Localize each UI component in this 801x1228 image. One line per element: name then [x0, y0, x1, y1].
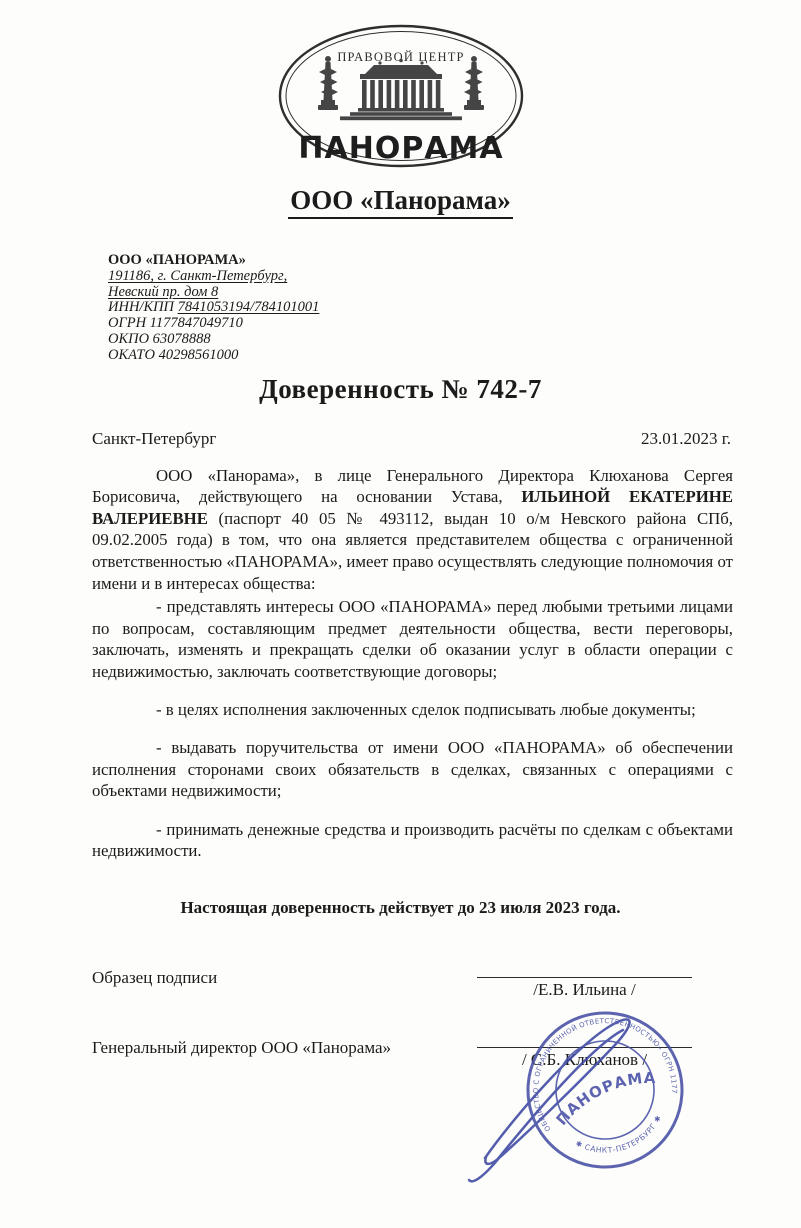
company-okato: ОКАТО 40298561000: [108, 348, 801, 364]
company-inn-kpp: ИНН/КПП 7841053194/784101001: [108, 300, 801, 316]
company-details: ООО «ПАНОРАМА» 191186, г. Санкт-Петербур…: [108, 253, 801, 364]
director-signature-block: / С.Б. Клюханов /: [477, 1026, 692, 1070]
director-signature-name: / С.Б. Клюханов /: [477, 1050, 692, 1070]
sample-signature-label: Образец подписи: [92, 956, 217, 988]
company-address-line1: 191186, г. Санкт-Петербург,: [108, 269, 801, 285]
sample-signature-name: /Е.В. Ильина /: [477, 980, 692, 1000]
intro-paragraph: ООО «Панорама», в лице Генерального Дире…: [0, 465, 801, 595]
stamp-ring-bottom-text: ✱ САНКТ-ПЕТЕРБУРГ ✱: [572, 1112, 669, 1166]
director-signature-row: Генеральный директор ООО «Панорама» / С.…: [0, 1026, 801, 1070]
sample-signature-row: Образец подписи /Е.В. Ильина /: [0, 956, 801, 1000]
rostral-column-right-icon: [464, 56, 484, 110]
doc-city: Санкт-Петербург: [92, 429, 216, 449]
inn-label: ИНН/КПП: [108, 299, 178, 315]
sample-signature-block: /Е.В. Ильина /: [477, 956, 692, 1000]
company-address-line2: Невский пр. дом 8: [108, 285, 801, 301]
doc-title: Доверенность № 742-7: [0, 374, 801, 405]
company-okpo: ОКПО 63078888: [108, 332, 801, 348]
power-item-1: - представлять интересы ООО «ПАНОРАМА» п…: [0, 596, 801, 682]
company-ogrn: ОГРН 1177847049710: [108, 316, 801, 332]
stamp-outer-circle: [508, 995, 702, 1187]
logo-oval-emblem: ПРАВОВОЙ ЦЕНТР: [276, 22, 526, 170]
rostral-column-left-icon: [318, 56, 338, 110]
director-signature-line: [477, 1047, 692, 1048]
document-page: ПРАВОВОЙ ЦЕНТР: [0, 0, 801, 1228]
stamp-center-text: «ПАНОРАМА»: [455, 995, 665, 1162]
exchange-building-icon: [340, 59, 462, 121]
company-heading-text: ООО «Панорама»: [288, 185, 513, 219]
logo-name-text: ПАНОРАМА: [298, 131, 503, 166]
company-logo: ПРАВОВОЙ ЦЕНТР: [276, 22, 526, 175]
power-item-2: - в целях исполнения заключенных сделок …: [0, 699, 801, 721]
company-heading: ООО «Панорама»: [0, 185, 801, 219]
doc-date: 23.01.2023 г.: [641, 429, 731, 449]
power-item-3: - выдавать поручительства от имени ООО «…: [0, 737, 801, 802]
stamp-ring-top-text: ОБЩЕСТВО С ОГРАНИЧЕННОЙ ОТВЕТСТВЕННОСТЬЮ…: [455, 995, 683, 1162]
city-date-row: Санкт-Петербург 23.01.2023 г.: [0, 429, 801, 449]
company-name: ООО «ПАНОРАМА»: [108, 253, 801, 269]
director-signature-label: Генеральный директор ООО «Панорама»: [92, 1026, 391, 1058]
sample-signature-line: [477, 977, 692, 978]
validity-statement: Настоящая доверенность действует до 23 и…: [0, 898, 801, 918]
inn-value: 7841053194/784101001: [178, 299, 320, 315]
power-item-4: - принимать денежные средства и производ…: [0, 819, 801, 862]
